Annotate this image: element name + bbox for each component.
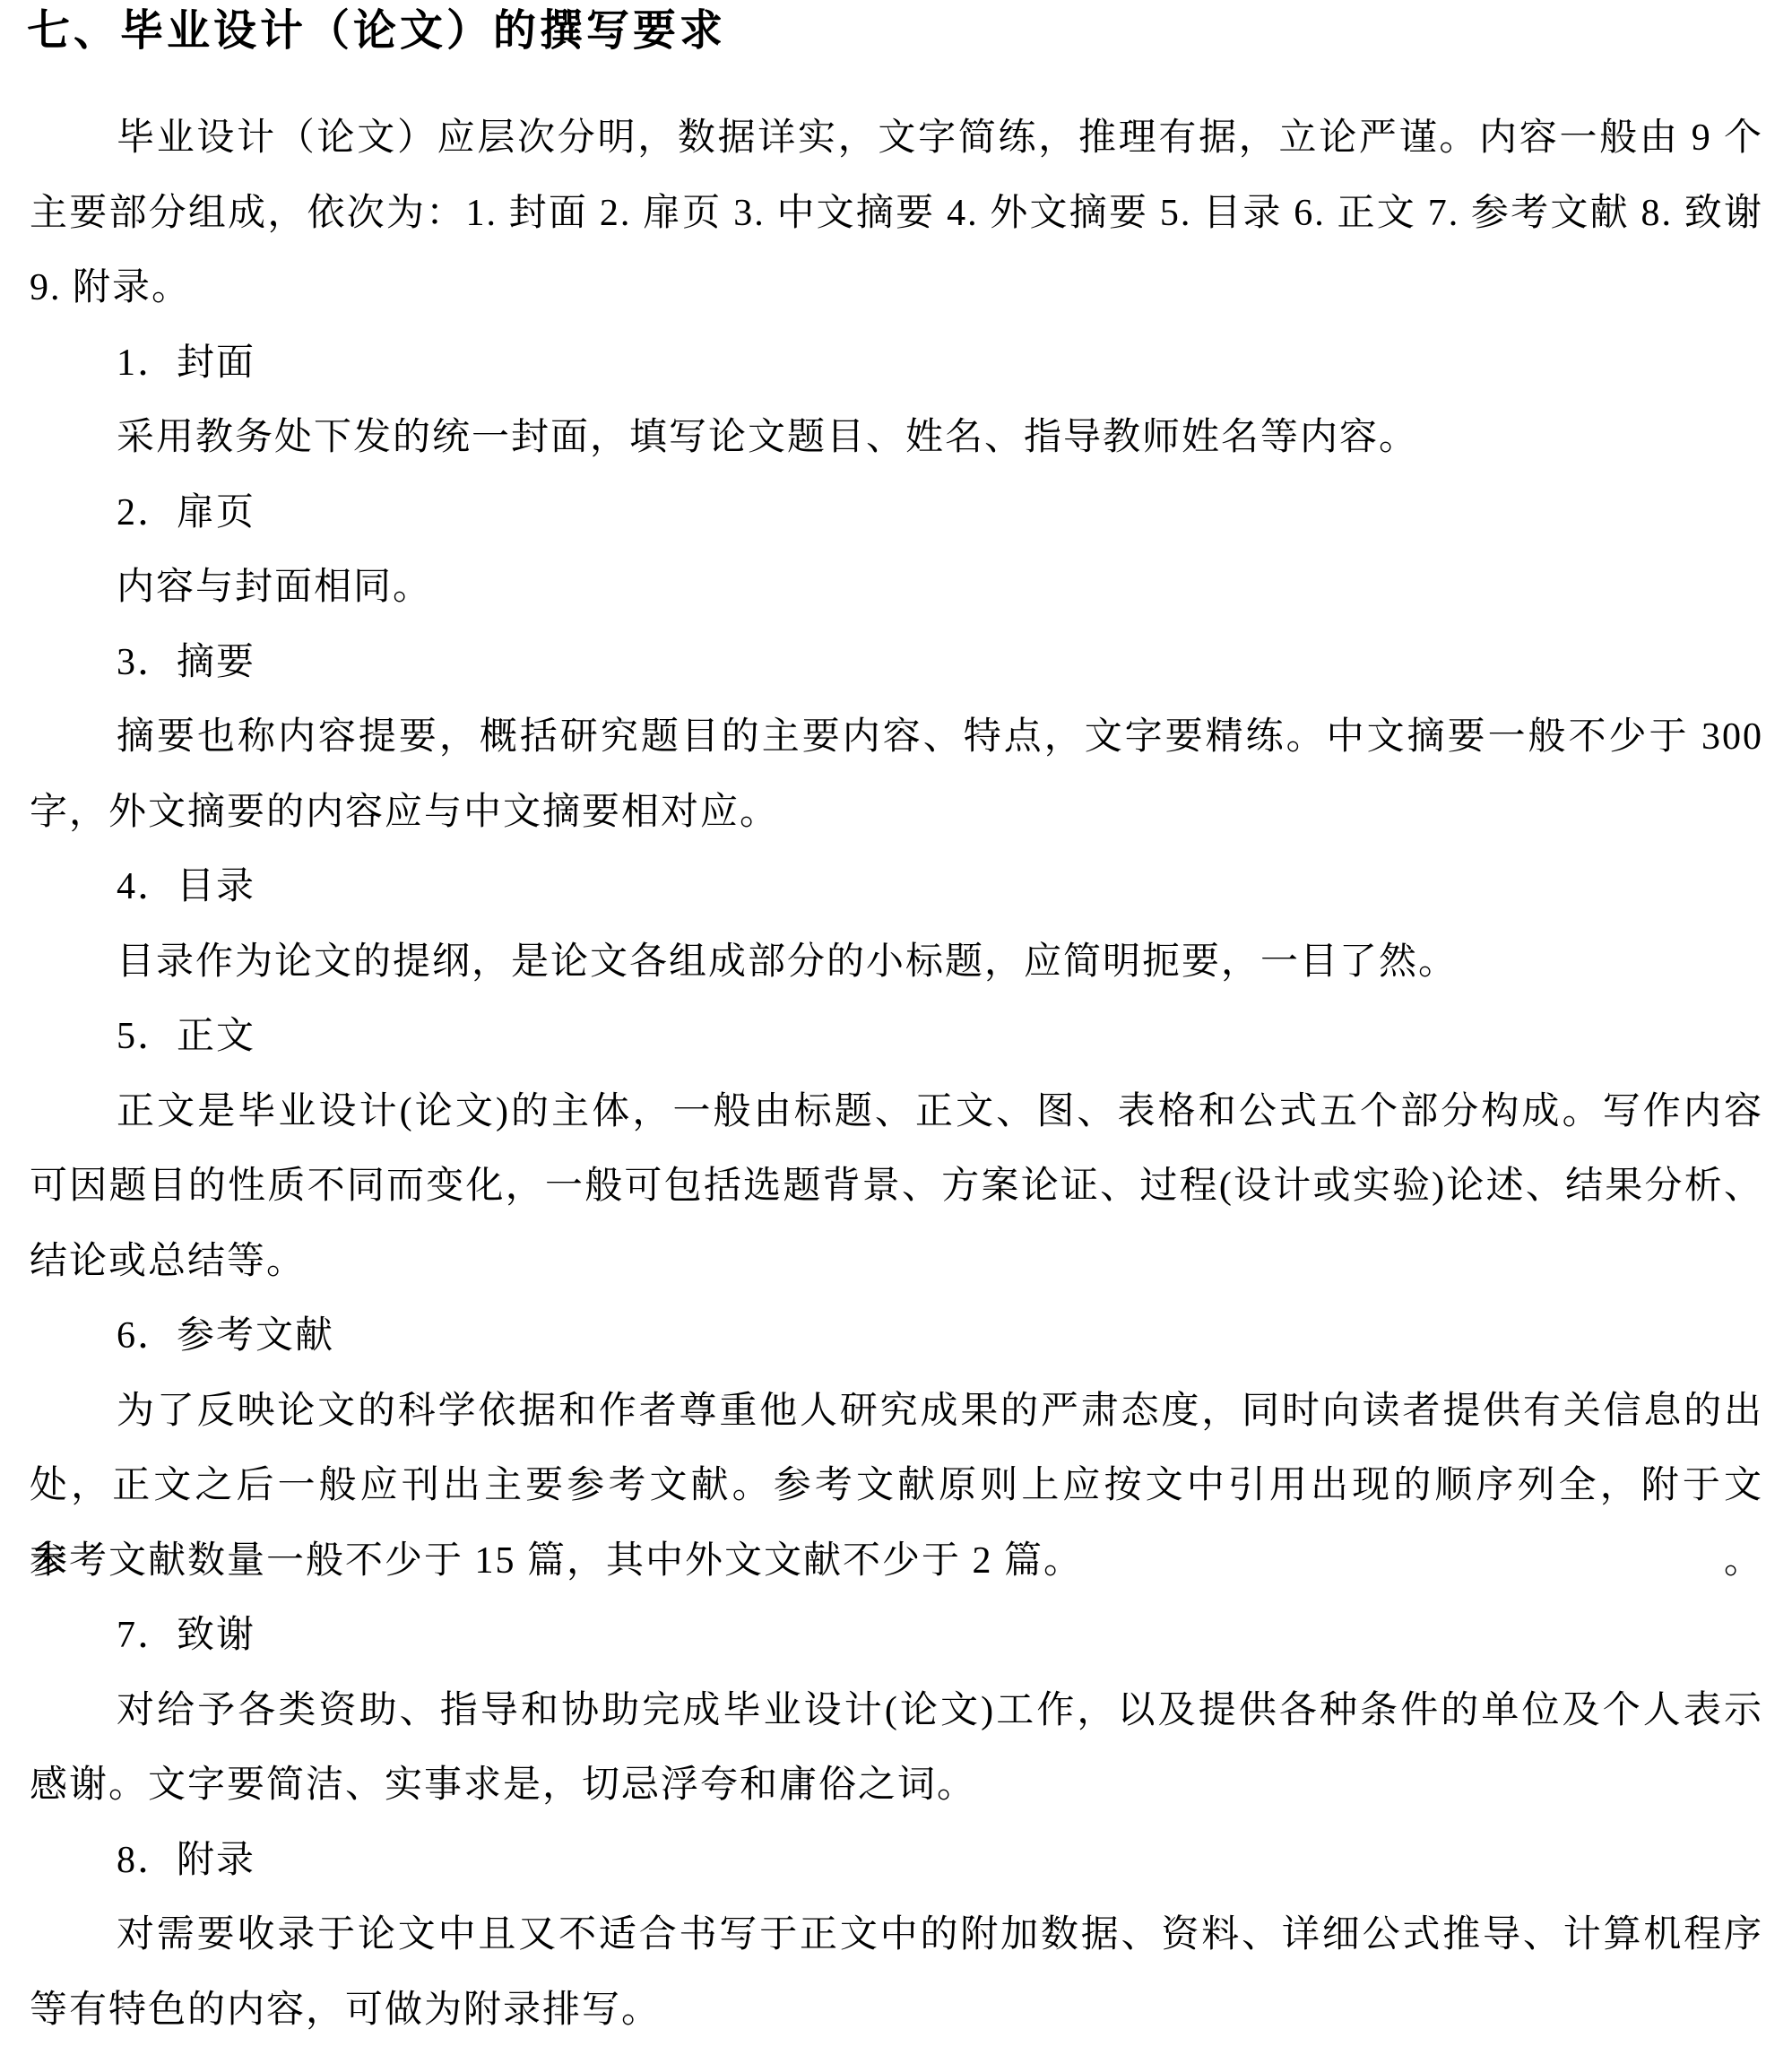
section-heading-title-page: 2．扉页 (30, 476, 1763, 551)
body-line: 可因题目的性质不同而变化，一般可包括选题背景、方案论证、过程(设计或实验)论述、… (30, 1149, 1763, 1225)
body-line: 采用教务处下发的统一封面，填写论文题目、姓名、指导教师姓名等内容。 (30, 401, 1763, 476)
body-line: 内容与封面相同。 (30, 551, 1763, 626)
document-page: 七、毕业设计（论文）的撰写要求 毕业设计（论文）应层次分明，数据详实，文字简练，… (0, 0, 1792, 2055)
body-line: 处，正文之后一般应刊出主要参考文献。参考文献原则上应按文中引用出现的顺序列全，附… (30, 1449, 1763, 1524)
body-line: 对给予各类资助、指导和协助完成毕业设计(论文)工作，以及提供各种条件的单位及个人… (30, 1674, 1763, 1749)
body-line: 摘要也称内容提要，概括研究题目的主要内容、特点，文字要精练。中文摘要一般不少于 … (30, 700, 1763, 776)
section-heading-abstract: 3．摘要 (30, 626, 1763, 701)
document-body: 毕业设计（论文）应层次分明，数据详实，文字简练，推理有据，立论严谨。内容一般由 … (30, 101, 1763, 2048)
body-line: 9. 附录。 (30, 251, 1763, 326)
section-heading-acknowledgement: 7．致谢 (30, 1599, 1763, 1674)
section-heading-references: 6．参考文献 (30, 1299, 1763, 1374)
body-line: 正文是毕业设计(论文)的主体，一般由标题、正文、图、表格和公式五个部分构成。写作… (30, 1075, 1763, 1150)
body-line: 毕业设计（论文）应层次分明，数据详实，文字简练，推理有据，立论严谨。内容一般由 … (30, 101, 1763, 177)
body-line: 感谢。文字要简洁、实事求是，切忌浮夸和庸俗之词。 (30, 1748, 1763, 1824)
section-heading-main-text: 5．正文 (30, 1000, 1763, 1075)
body-line: 目录作为论文的提纲，是论文各组成部分的小标题，应简明扼要，一目了然。 (30, 925, 1763, 1001)
page-title: 七、毕业设计（论文）的撰写要求 (27, 4, 726, 59)
body-line: 等有特色的内容，可做为附录排写。 (30, 1973, 1763, 2049)
body-line: 对需要收录于论文中且又不适合书写于正文中的附加数据、资料、详细公式推导、计算机程… (30, 1898, 1763, 1973)
section-heading-appendix: 8．附录 (30, 1824, 1763, 1899)
body-line: 为了反映论文的科学依据和作者尊重他人研究成果的严肃态度，同时向读者提供有关信息的… (30, 1374, 1763, 1450)
body-line: 字，外文摘要的内容应与中文摘要相对应。 (30, 776, 1763, 851)
body-line: 主要部分组成，依次为：1. 封面 2. 扉页 3. 中文摘要 4. 外文摘要 5… (30, 177, 1763, 252)
section-heading-toc: 4．目录 (30, 850, 1763, 925)
body-line: 结论或总结等。 (30, 1225, 1763, 1300)
section-heading-cover: 1．封面 (30, 326, 1763, 402)
